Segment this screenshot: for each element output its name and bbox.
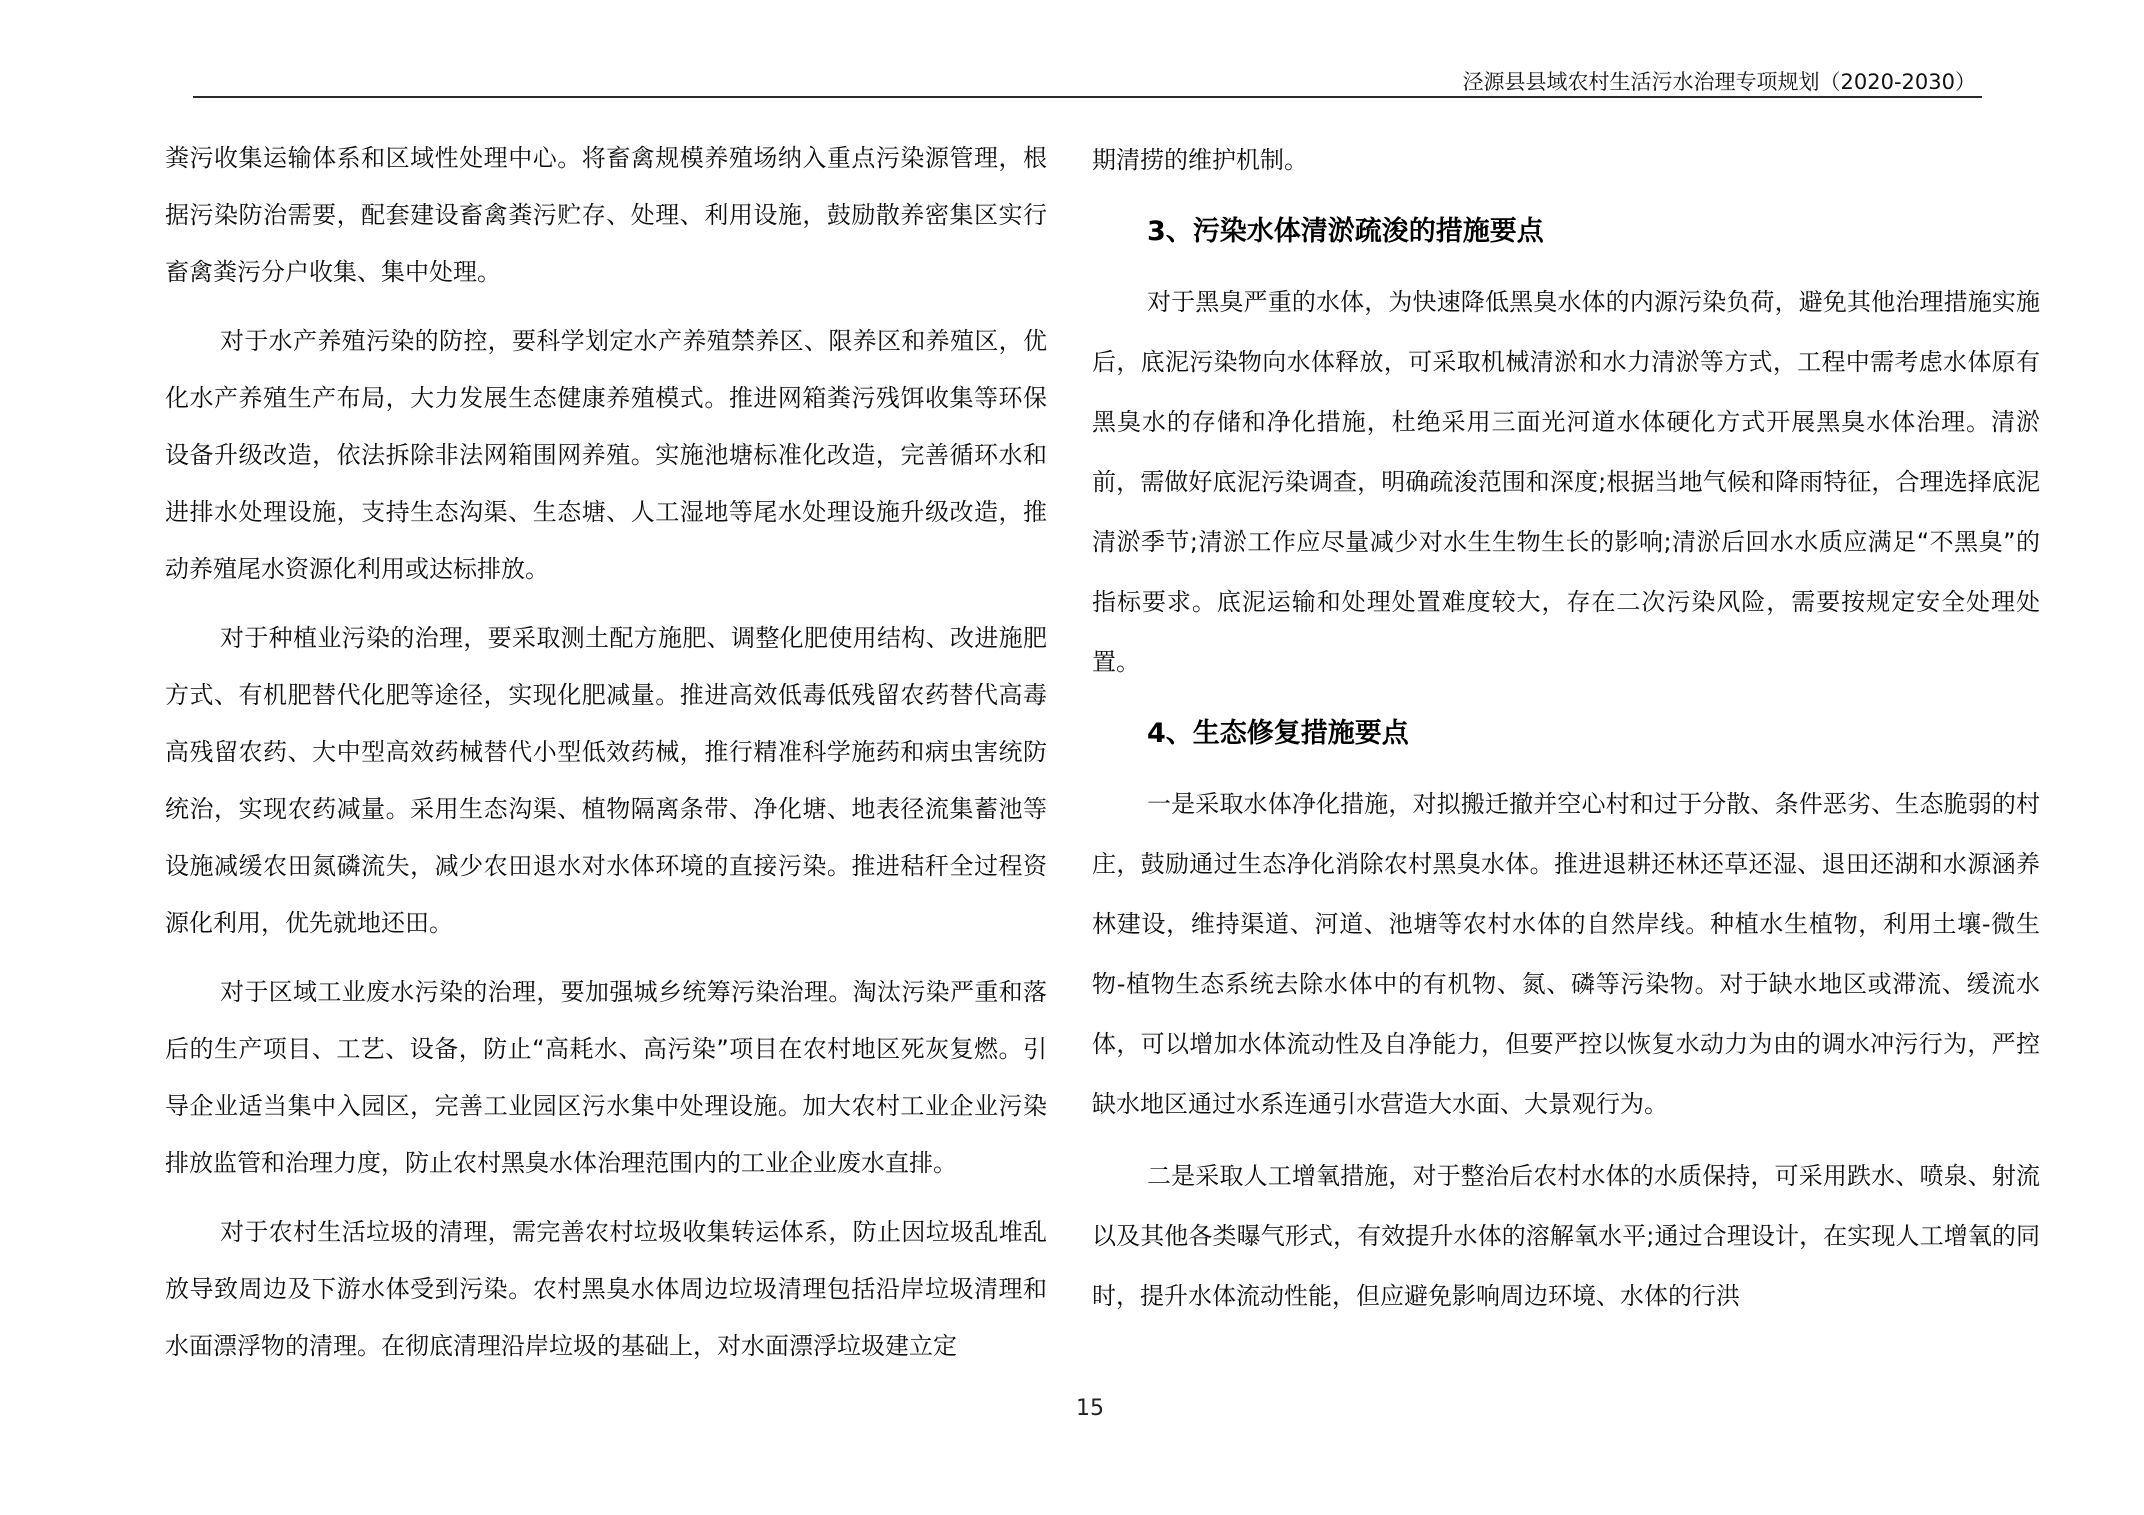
paragraph-right-continuation: 期清捞的维护机制。 <box>1092 130 2040 190</box>
header-rule <box>193 96 1982 98</box>
right-column: 期清捞的维护机制。 3、污染水体清淤疏浚的措施要点 对于黑臭严重的水体，为快速降… <box>1092 130 2040 1338</box>
paragraph-left-2: 对于水产养殖污染的防控，要科学划定水产养殖禁养区、限养区和养殖区，优化水产养殖生… <box>165 313 1047 598</box>
paragraph-left-1: 粪污收集运输体系和区域性处理中心。将畜禽规模养殖场纳入重点污染源管理，根据污染防… <box>165 130 1047 301</box>
paragraph-left-5: 对于农村生活垃圾的清理，需完善农村垃圾收集转运体系，防止因垃圾乱堆乱放导致周边及… <box>165 1204 1047 1375</box>
paragraph-left-3: 对于种植业污染的治理，要采取测土配方施肥、调整化肥使用结构、改进施肥方式、有机肥… <box>165 610 1047 952</box>
paragraph-left-4: 对于区域工业废水污染的治理，要加强城乡统筹污染治理。淘汰污染严重和落后的生产项目… <box>165 964 1047 1192</box>
page-number: 15 <box>1060 1396 1120 1421</box>
paragraph-right-2: 一是采取水体净化措施，对拟搬迁撤并空心村和过于分散、条件恶劣、生态脆弱的村庄，鼓… <box>1092 774 2040 1134</box>
left-column: 粪污收集运输体系和区域性处理中心。将畜禽规模养殖场纳入重点污染源管理，根据污染防… <box>165 130 1047 1387</box>
header-title: 泾源县县域农村生活污水治理专项规划（2020-2030） <box>1463 68 1976 96</box>
section-heading-3: 3、污染水体清淤疏浚的措施要点 <box>1092 202 2040 262</box>
section-heading-4: 4、生态修复措施要点 <box>1092 704 2040 764</box>
document-page: 泾源县县域农村生活污水治理专项规划（2020-2030） 粪污收集运输体系和区域… <box>0 0 2144 1515</box>
paragraph-right-3: 二是采取人工增氧措施，对于整治后农村水体的水质保持，可采用跌水、喷泉、射流以及其… <box>1092 1146 2040 1326</box>
paragraph-right-1: 对于黑臭严重的水体，为快速降低黑臭水体的内源污染负荷，避免其他治理措施实施后，底… <box>1092 272 2040 692</box>
